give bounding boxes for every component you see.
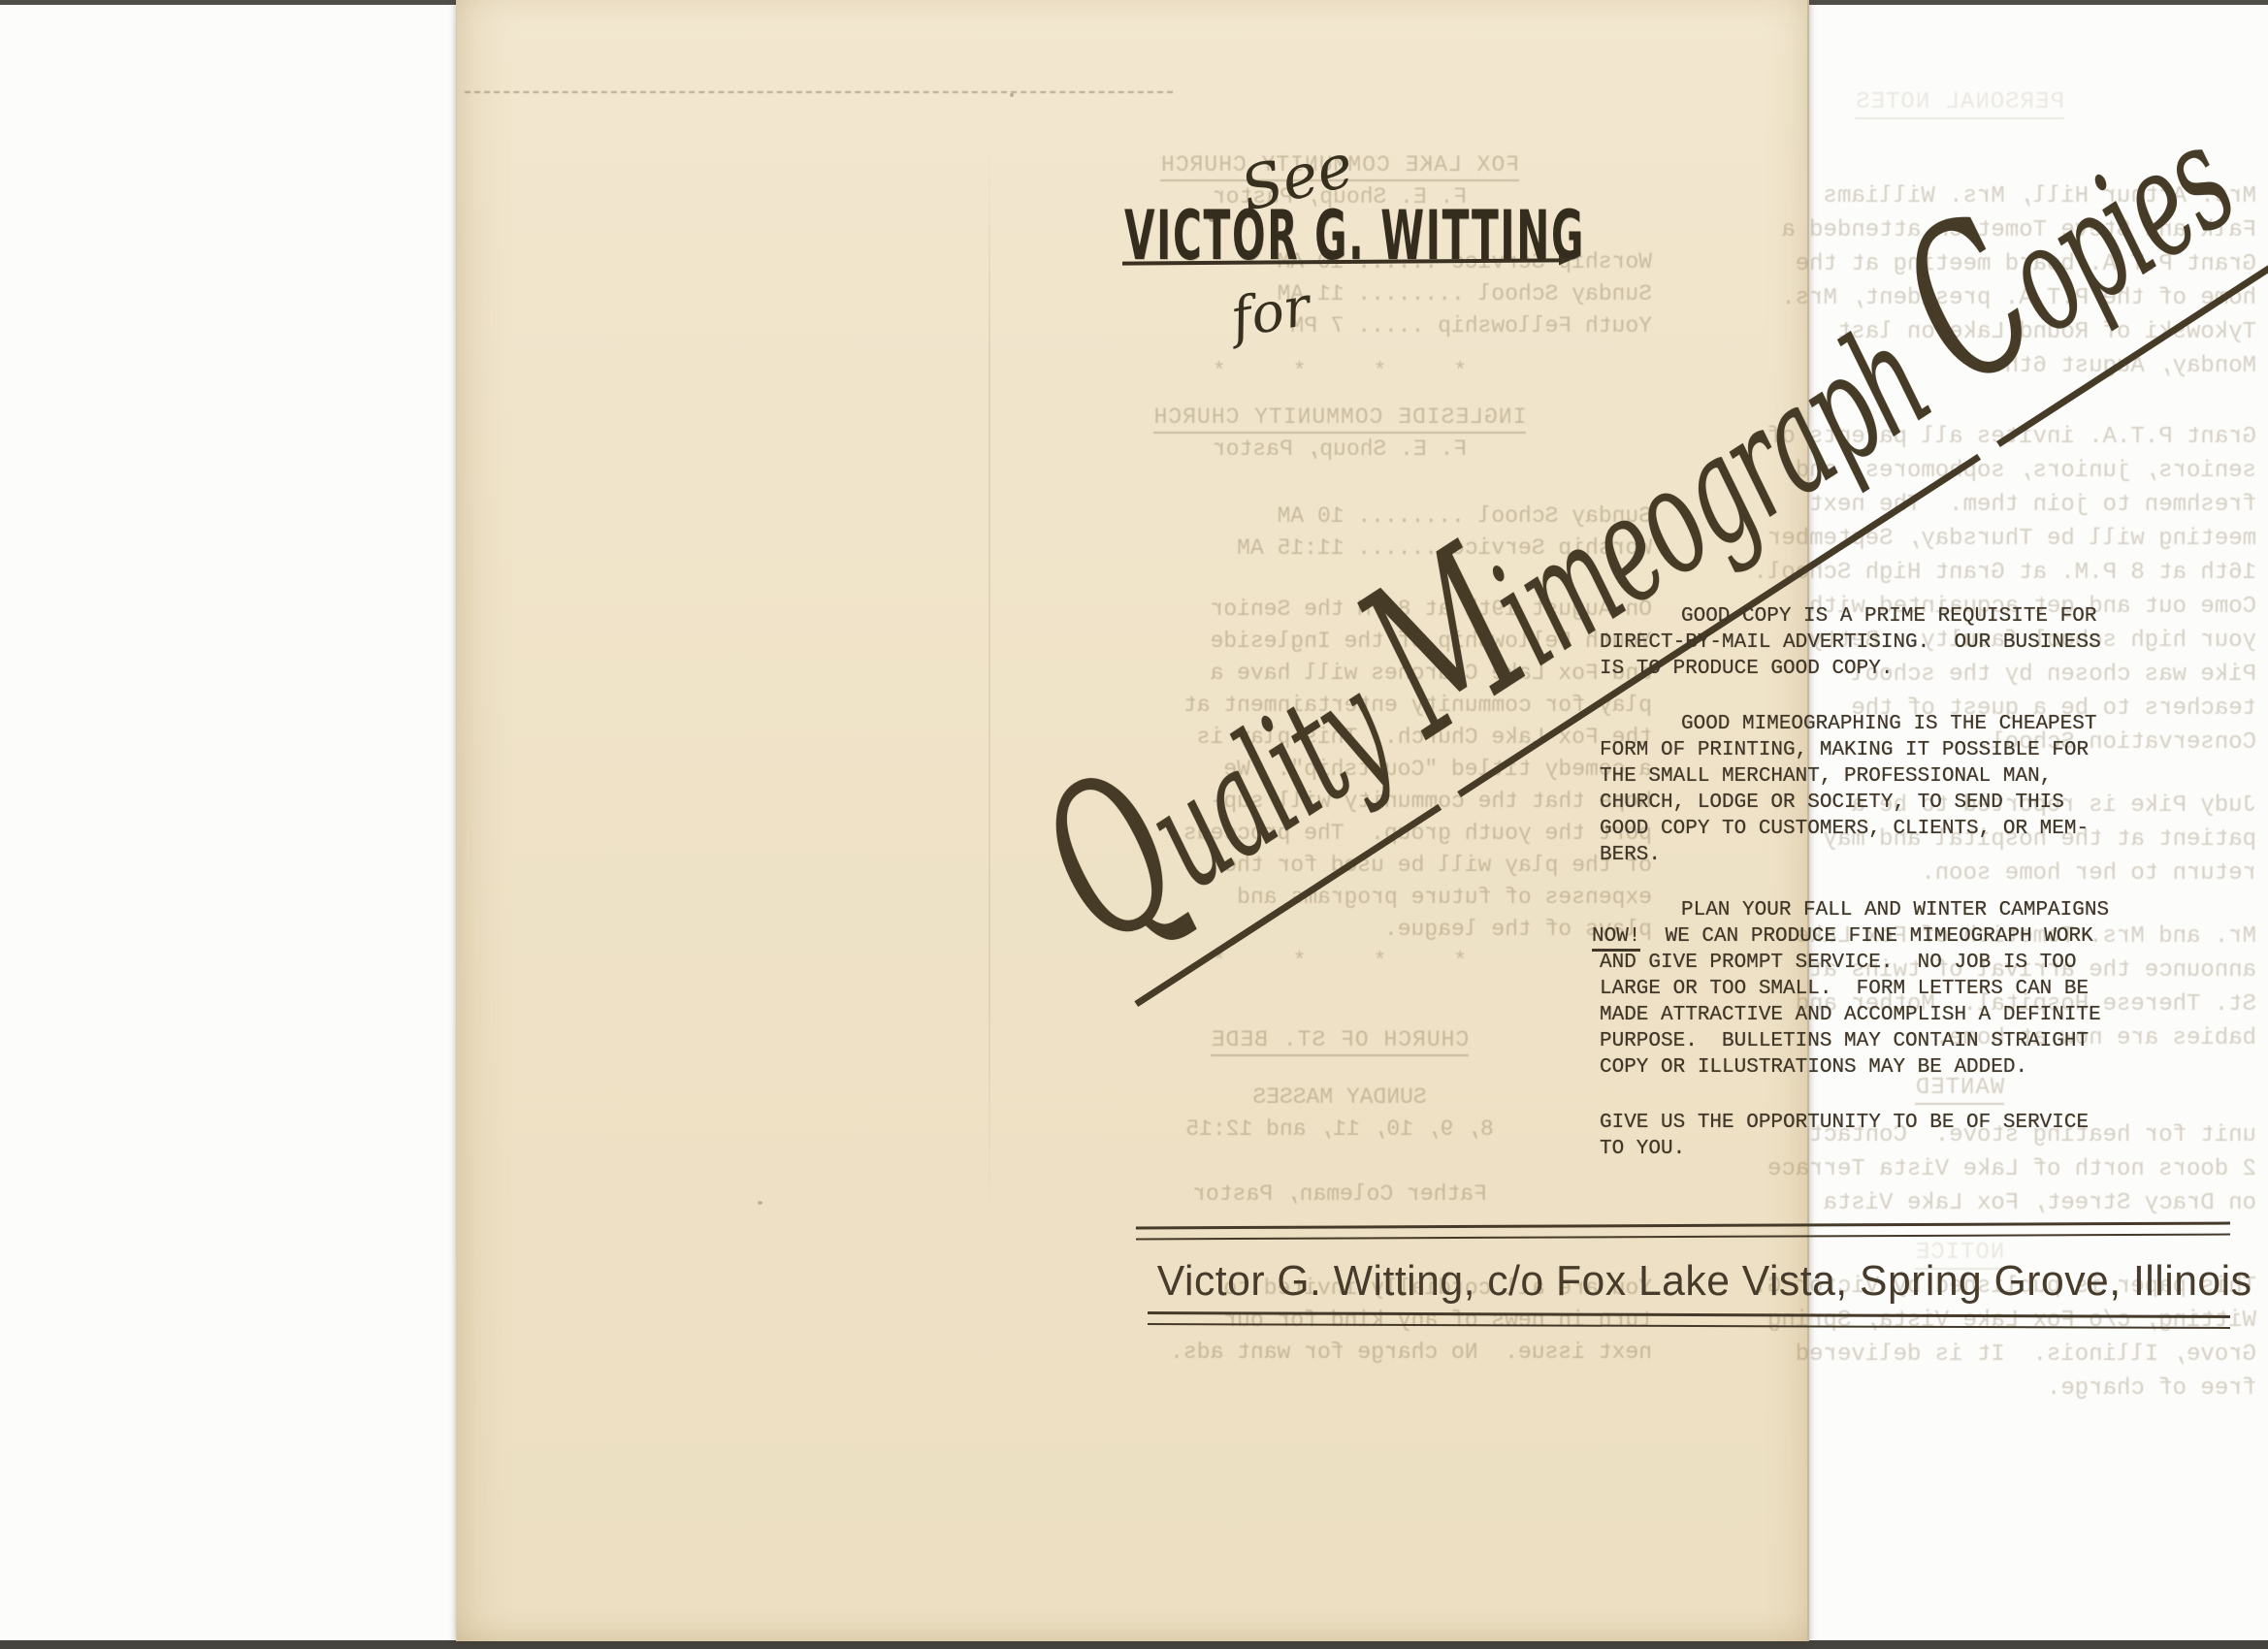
typed-line: BERS.	[1600, 842, 2104, 868]
bleedthrough-right-column-line: on Dracy Street, Fox Lake Vista	[1663, 1186, 2256, 1220]
bleedthrough-right-column-line: free of charge.	[1663, 1372, 2256, 1406]
typed-line: GOOD COPY TO CUSTOMERS, CLIENTS, OR MEM-	[1600, 816, 2104, 842]
footer-address: Victor G. Witting, c/o Fox Lake Vista, S…	[1157, 1257, 2211, 1306]
bleedthrough-left-column-line: F. E. Shoup, Pastor	[1027, 434, 1652, 466]
typed-segment: GIVE US THE OPPORTUNITY TO BE OF SERVICE	[1600, 1112, 2089, 1134]
bleedthrough-left-column-segment: * * * *	[1213, 359, 1467, 384]
typed-segment: BERS.	[1600, 844, 1661, 866]
bleedthrough-left-column-line: Youth Fellowship ..... 7 PM	[1027, 310, 1652, 342]
typed-segment: THE SMALL MERCHANT, PROFESSIONAL MAN,	[1600, 765, 2052, 788]
typed-segment: PLAN YOUR FALL AND WINTER CAMPAIGNS	[1681, 899, 2109, 921]
typed-line: LARGE OR TOO SMALL. FORM LETTERS CAN BE	[1600, 976, 2104, 1002]
bleedthrough-left-column-gap	[1027, 342, 1652, 356]
bleedthrough-right-column-segment: on Dracy Street, Fox Lake Vista	[1824, 1190, 2256, 1216]
typed-segment: COPY OR ILLUSTRATIONS MAY BE ADDED.	[1600, 1056, 2027, 1079]
typed-line: THE SMALL MERCHANT, PROFESSIONAL MAN,	[1600, 763, 2104, 790]
scanner-background: FOX LAKE COMMUNITY CHURCHF. E. Shoup, Pa…	[0, 0, 2268, 1649]
bleedthrough-right-column-segment: 16th at 8 P.M. at Grant High School.	[1754, 560, 2256, 586]
typed-line: PURPOSE. BULLETINS MAY CONTAIN STRAIGHT	[1600, 1028, 2104, 1054]
typed-segment: WE CAN PRODUCE FINE MIMEOGRAPH WORK	[1640, 925, 2092, 948]
typed-line: TO YOU.	[1600, 1136, 2104, 1162]
typed-line: CHURCH, LODGE OR SOCIETY, TO SEND THIS	[1600, 790, 2104, 816]
typed-line: NOW! WE CAN PRODUCE FINE MIMEOGRAPH WORK	[1592, 923, 2104, 950]
bleedthrough-left-column-line: 8, 9, 10, 11, and 12:15	[1027, 1114, 1652, 1146]
bleedthrough-left-column-line: CHURCH OF ST. BEDE	[1027, 1024, 1652, 1056]
typed-line: MADE ATTRACTIVE AND ACCOMPLISH A DEFINIT…	[1600, 1002, 2104, 1028]
typed-line: PLAN YOUR FALL AND WINTER CAMPAIGNS	[1600, 897, 2104, 923]
fold-crease-horizontal	[465, 91, 1173, 93]
bleedthrough-left-column-gap	[1027, 1146, 1652, 1179]
bleedthrough-left-column-gap	[1027, 978, 1652, 1024]
scan-canvas: { "scan": { "background_color": "#fcfcfa…	[0, 0, 2268, 1649]
typed-segment: NOW!	[1592, 925, 1640, 952]
bleedthrough-left-column-line: Sunday School ........ 11 AM	[1027, 278, 1652, 310]
typed-segment: GOOD COPY TO CUSTOMERS, CLIENTS, OR MEM-	[1600, 818, 2089, 840]
paper-sheet: FOX LAKE COMMUNITY CHURCHF. E. Shoup, Pa…	[456, 0, 1809, 1641]
paper-speck	[1010, 93, 1014, 97]
typed-copy-column: GOOD COPY IS A PRIME REQUISITE FORDIRECT…	[1600, 603, 2104, 1191]
typed-line: FORM OF PRINTING, MAKING IT POSSIBLE FOR	[1600, 737, 2104, 763]
bleedthrough-left-column-line: Father Coleman, Pastor	[1027, 1179, 1652, 1211]
typed-segment: IS TO PRODUCE GOOD COPY.	[1600, 658, 1893, 680]
bleedthrough-left-column-segment: INGLESIDE COMMUNITY CHURCH	[1153, 404, 1527, 430]
bleedthrough-left-column-segment: next issue. No charge for want ads.	[1170, 1340, 1652, 1365]
typed-line: IS TO PRODUCE GOOD COPY.	[1600, 656, 2104, 682]
typed-segment: GOOD MIMEOGRAPHING IS THE CHEAPEST	[1681, 713, 2096, 735]
bleedthrough-left-column-gap	[1027, 1056, 1652, 1082]
bleedthrough-right-column-segment: Grove, Illinois. It is delivered	[1796, 1342, 2256, 1368]
bleedthrough-left-column-segment: 8, 9, 10, 11, and 12:15	[1185, 1116, 1493, 1142]
typed-paragraph: PLAN YOUR FALL AND WINTER CAMPAIGNSNOW! …	[1600, 897, 2104, 1081]
typed-segment: CHURCH, LODGE OR SOCIETY, TO SEND THIS	[1600, 792, 2064, 814]
scanner-edge-bottom	[0, 1640, 2268, 1649]
typed-paragraph: GOOD COPY IS A PRIME REQUISITE FORDIRECT…	[1600, 603, 2104, 682]
typed-segment: MADE ATTRACTIVE AND ACCOMPLISH A DEFINIT…	[1600, 1004, 2101, 1026]
typed-line: COPY OR ILLUSTRATIONS MAY BE ADDED.	[1600, 1054, 2104, 1081]
typed-segment: GOOD COPY IS A PRIME REQUISITE FOR	[1681, 605, 2096, 628]
typed-segment: LARGE OR TOO SMALL. FORM LETTERS CAN BE	[1600, 978, 2089, 1000]
typed-paragraph: GOOD MIMEOGRAPHING IS THE CHEAPESTFORM O…	[1600, 711, 2104, 868]
bleedthrough-left-column-line: next issue. No charge for want ads.	[1027, 1337, 1652, 1369]
typed-segment: TO YOU.	[1600, 1138, 1685, 1160]
bleedthrough-left-column-line: * * * *	[1027, 356, 1652, 388]
bleedthrough-left-column-segment: CHURCH OF ST. BEDE	[1211, 1027, 1469, 1052]
fold-crease-vertical	[988, 145, 990, 1222]
typed-segment: DIRECT-BY-MAIL ADVERTISING. OUR BUSINESS	[1600, 631, 2101, 654]
bleedthrough-right-column-line: Grove, Illinois. It is delivered	[1663, 1338, 2256, 1372]
bleedthrough-left-column-segment: Father Coleman, Pastor	[1192, 1181, 1487, 1207]
bleedthrough-left-column-segment: F. E. Shoup, Pastor	[1213, 436, 1467, 462]
bleedthrough-left-column-line: INGLESIDE COMMUNITY CHURCH	[1027, 402, 1652, 434]
bleedthrough-left-column-gap	[1027, 388, 1652, 402]
bleedthrough-right-column-segment: PERSONAL NOTES	[1855, 89, 2064, 115]
typed-paragraph: GIVE US THE OPPORTUNITY TO BE OF SERVICE…	[1600, 1110, 2104, 1162]
bleedthrough-left-column-segment: SUNDAY MASSES	[1252, 1084, 1426, 1110]
typed-segment: FORM OF PRINTING, MAKING IT POSSIBLE FOR	[1600, 739, 2089, 761]
typed-line: GOOD MIMEOGRAPHING IS THE CHEAPEST	[1600, 711, 2104, 737]
typed-line: DIRECT-BY-MAIL ADVERTISING. OUR BUSINESS	[1600, 630, 2104, 656]
typed-line: AND GIVE PROMPT SERVICE. NO JOB IS TOO	[1600, 950, 2104, 976]
bleedthrough-left-column-segment: * * * *	[1213, 949, 1467, 974]
paper-speck	[758, 1201, 762, 1205]
typed-segment: AND GIVE PROMPT SERVICE. NO JOB IS TOO	[1600, 952, 2076, 974]
typed-segment: PURPOSE. BULLETINS MAY CONTAIN STRAIGHT	[1600, 1030, 2089, 1052]
bleedthrough-right-column-segment: free of charge.	[2047, 1375, 2256, 1402]
bleedthrough-left-column-line: SUNDAY MASSES	[1027, 1082, 1652, 1114]
for-script-word: for	[1226, 275, 1314, 350]
typed-line: GIVE US THE OPPORTUNITY TO BE OF SERVICE	[1600, 1110, 2104, 1136]
bleedthrough-left-column-segment: Youth Fellowship ..... 7 PM	[1290, 313, 1652, 339]
bleedthrough-left-column-segment: Sunday School ........ 11 AM	[1278, 281, 1652, 307]
underline-arrow-tip	[1559, 255, 1571, 265]
typed-line: GOOD COPY IS A PRIME REQUISITE FOR	[1600, 603, 2104, 630]
